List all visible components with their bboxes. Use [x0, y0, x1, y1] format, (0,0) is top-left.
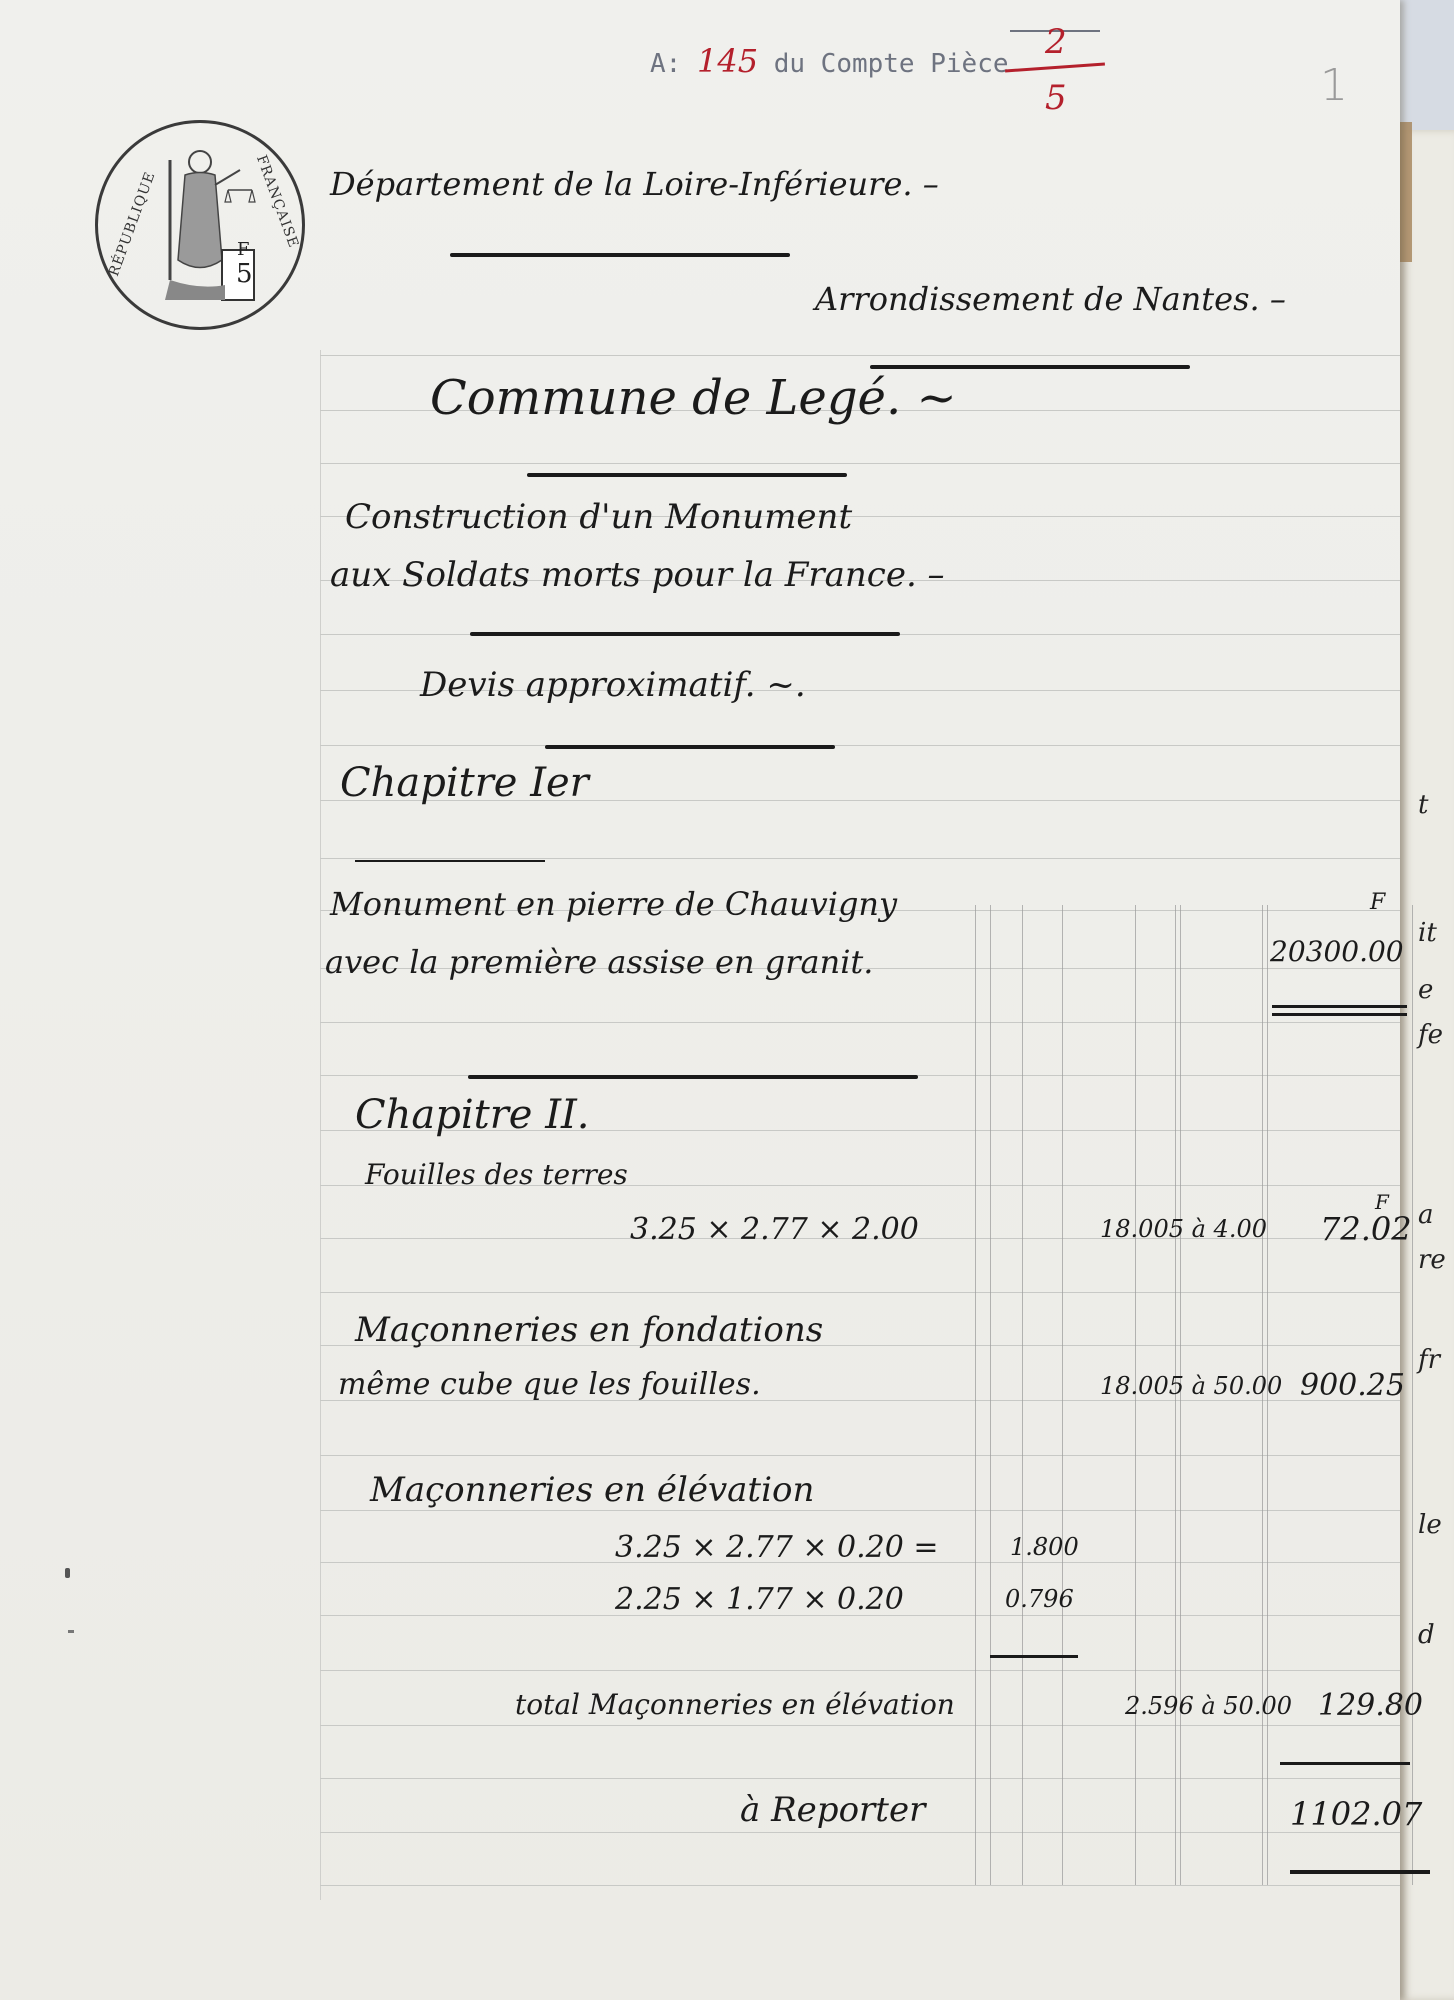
carry-forward-label: à Reporter: [740, 1790, 925, 1830]
pencil-page-number: 1: [1320, 60, 1348, 111]
currency-label: F: [1370, 890, 1385, 915]
document-page: A: 145 du Compte Pièce 2 5 1 RÉPUBLIQUE …: [0, 0, 1400, 2000]
chapter-1-heading: Chapitre Ier: [340, 760, 589, 806]
archive-stamp: A: 145 du Compte Pièce: [650, 42, 1009, 80]
fraction-top: 2: [1045, 22, 1067, 62]
commune-line: Commune de Legé. ~: [430, 370, 957, 426]
subtitle: Devis approximatif. ~.: [420, 665, 806, 705]
divider: [450, 253, 790, 257]
adjacent-fragment: fe: [1418, 1020, 1443, 1050]
margin-line: [320, 350, 321, 1900]
adjacent-fragment: fr: [1418, 1345, 1440, 1375]
fraction-bottom: 5: [1045, 78, 1067, 118]
elevation-label: Maçonneries en élévation: [370, 1470, 814, 1510]
final-rule: [1290, 1870, 1430, 1874]
excavation-calc: 3.25 × 2.77 × 2.00: [630, 1212, 919, 1247]
elevation-quantity-price: 2.596 à 50.00: [1125, 1692, 1292, 1720]
fiscal-seal: RÉPUBLIQUE FRANÇAISE F 5: [95, 120, 305, 330]
arrondissement-line: Arrondissement de Nantes. –: [815, 280, 1286, 318]
excavation-label: Fouilles des terres: [365, 1158, 628, 1191]
adjacent-fragment: d: [1418, 1620, 1435, 1650]
double-rule: [1272, 1013, 1407, 1016]
chapter-1-amount: 20300.00: [1270, 935, 1404, 968]
seal-text-right: FRANÇAISE: [253, 153, 301, 250]
fraction-bar: [1005, 63, 1105, 73]
chapter-1-item-line-1: Monument en pierre de Chauvigny: [330, 885, 897, 923]
title-line-1: Construction d'un Monument: [345, 497, 852, 537]
divider: [468, 1075, 918, 1079]
department-line: Département de la Loire-Inférieure. –: [330, 165, 939, 203]
excavation-quantity-price: 18.005 à 4.00: [1100, 1215, 1267, 1243]
elevation-calc-2: 2.25 × 1.77 × 0.20: [615, 1582, 904, 1617]
elevation-calc-1: 3.25 × 2.77 × 0.20 =: [615, 1530, 938, 1565]
seal-denomination-value: 5: [236, 259, 253, 289]
elevation-volume-2: 0.796: [1005, 1585, 1074, 1613]
elevation-volume-1: 1.800: [1010, 1533, 1079, 1561]
adjacent-fragment: re: [1418, 1245, 1446, 1275]
stamp-prefix: A:: [650, 49, 681, 79]
foundation-amount: 900.25: [1300, 1368, 1405, 1403]
sum-rule: [990, 1655, 1078, 1658]
stamp-text: du Compte Pièce: [774, 49, 1009, 79]
carry-forward-amount: 1102.07: [1290, 1795, 1422, 1833]
folio-number: 145: [697, 42, 758, 80]
chapter-1-item-line-2: avec la première assise en granit.: [325, 943, 873, 981]
divider: [355, 860, 545, 862]
adjacent-fragment: t: [1418, 790, 1428, 820]
title-line-2: aux Soldats morts pour la France. –: [330, 555, 945, 595]
divider: [470, 632, 900, 636]
adjacent-fragment: le: [1418, 1510, 1442, 1540]
elevation-total-label: total Maçonneries en élévation: [515, 1688, 955, 1721]
foundation-line-1: Maçonneries en fondations: [355, 1310, 823, 1350]
adjacent-fragment: it: [1418, 918, 1437, 948]
total-rule: [1280, 1762, 1410, 1765]
chapter-2-heading: Chapitre II.: [355, 1092, 590, 1138]
adjacent-fragment: e: [1418, 975, 1433, 1005]
binding-mark: [68, 1630, 74, 1633]
double-rule: [1272, 1005, 1407, 1008]
seal-denomination-letter: F: [237, 239, 250, 260]
divider: [527, 473, 847, 477]
divider: [870, 365, 1190, 369]
foundation-quantity-price: 18.005 à 50.00: [1100, 1372, 1282, 1400]
adjacent-fragment: a: [1418, 1200, 1434, 1230]
divider: [545, 745, 835, 749]
binding-mark: [65, 1568, 70, 1578]
excavation-amount: 72.02: [1320, 1210, 1412, 1248]
elevation-amount: 129.80: [1318, 1688, 1423, 1723]
foundation-line-2: même cube que les fouilles.: [338, 1367, 761, 1402]
